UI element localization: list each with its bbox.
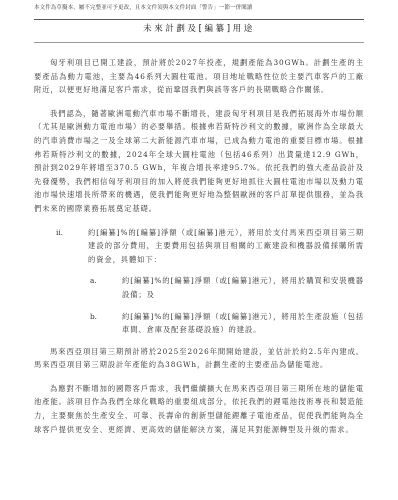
list-item-text: 約[編纂]%的[編纂]淨額（或[編纂]港元），將用於購買和安裝機器設備；及 — [122, 274, 364, 301]
page-title: 未來計劃及[編纂]用途 — [34, 22, 364, 34]
list-marker: ii. — [56, 226, 88, 267]
paragraph-hungary-project: 匈牙利項目已開工建設，預計將於2027年投產，規劃產能為30GWh。計劃生產的主… — [34, 56, 364, 97]
sub-item-b: b. 約[編纂]%的[編纂]淨額（或[編纂]港元），將用於生產設施（包括車間、倉… — [90, 310, 364, 337]
list-marker: b. — [90, 310, 122, 337]
header-rule-bottom — [34, 42, 364, 43]
sub-item-a: a. 約[編纂]%的[編纂]淨額（或[編纂]港元），將用於購買和安裝機器設備；及 — [90, 274, 364, 301]
paragraph-energy-storage: 為應對不斷增加的國際客戶需求，我們繼續擴大在馬來西亞項目第三期所在地的儲能電池產… — [34, 382, 364, 436]
list-marker: a. — [90, 274, 122, 301]
draft-disclaimer: 本文件為草擬本，屬不完整並可予更改，且本文件須與本文件封面「警告」一節一併閱讀 — [34, 3, 252, 11]
header-rule-top — [34, 19, 364, 20]
paragraph-text: 馬來西亞項目第三期預計將於2025至2026年間開始建設，並估計於約2.5年內建… — [34, 345, 364, 372]
paragraph-text: 匈牙利項目已開工建設，預計將於2027年投產，規劃產能為30GWh。計劃生產的主… — [34, 56, 364, 97]
list-item-text: 約[編纂]%的[編纂]淨額（或[編纂]港元），將用於支付馬來西亞項目第三期建設的… — [88, 226, 364, 267]
paragraph-europe-market: 我們認為，隨著歐洲電動汽車市場不斷增長，建設匈牙利項目是我們拓展海外市場份額（尤… — [34, 107, 364, 216]
document-body: 匈牙利項目已開工建設，預計將於2027年投產，規劃產能為30GWh。計劃生產的主… — [34, 56, 364, 446]
list-item-text: 約[編纂]%的[編纂]淨額（或[編纂]港元），將用於生產設施（包括車間、倉庫及配… — [122, 310, 364, 337]
paragraph-text: 為應對不斷增加的國際客戶需求，我們繼續擴大在馬來西亞項目第三期所在地的儲能電池產… — [34, 382, 364, 436]
paragraph-text: 我們認為，隨著歐洲電動汽車市場不斷增長，建設匈牙利項目是我們拓展海外市場份額（尤… — [34, 107, 364, 216]
list-item-ii: ii. 約[編纂]%的[編纂]淨額（或[編纂]港元），將用於支付馬來西亞項目第三… — [56, 226, 364, 267]
paragraph-malaysia-phase3: 馬來西亞項目第三期預計將於2025至2026年間開始建設，並估計於約2.5年內建… — [34, 345, 364, 372]
